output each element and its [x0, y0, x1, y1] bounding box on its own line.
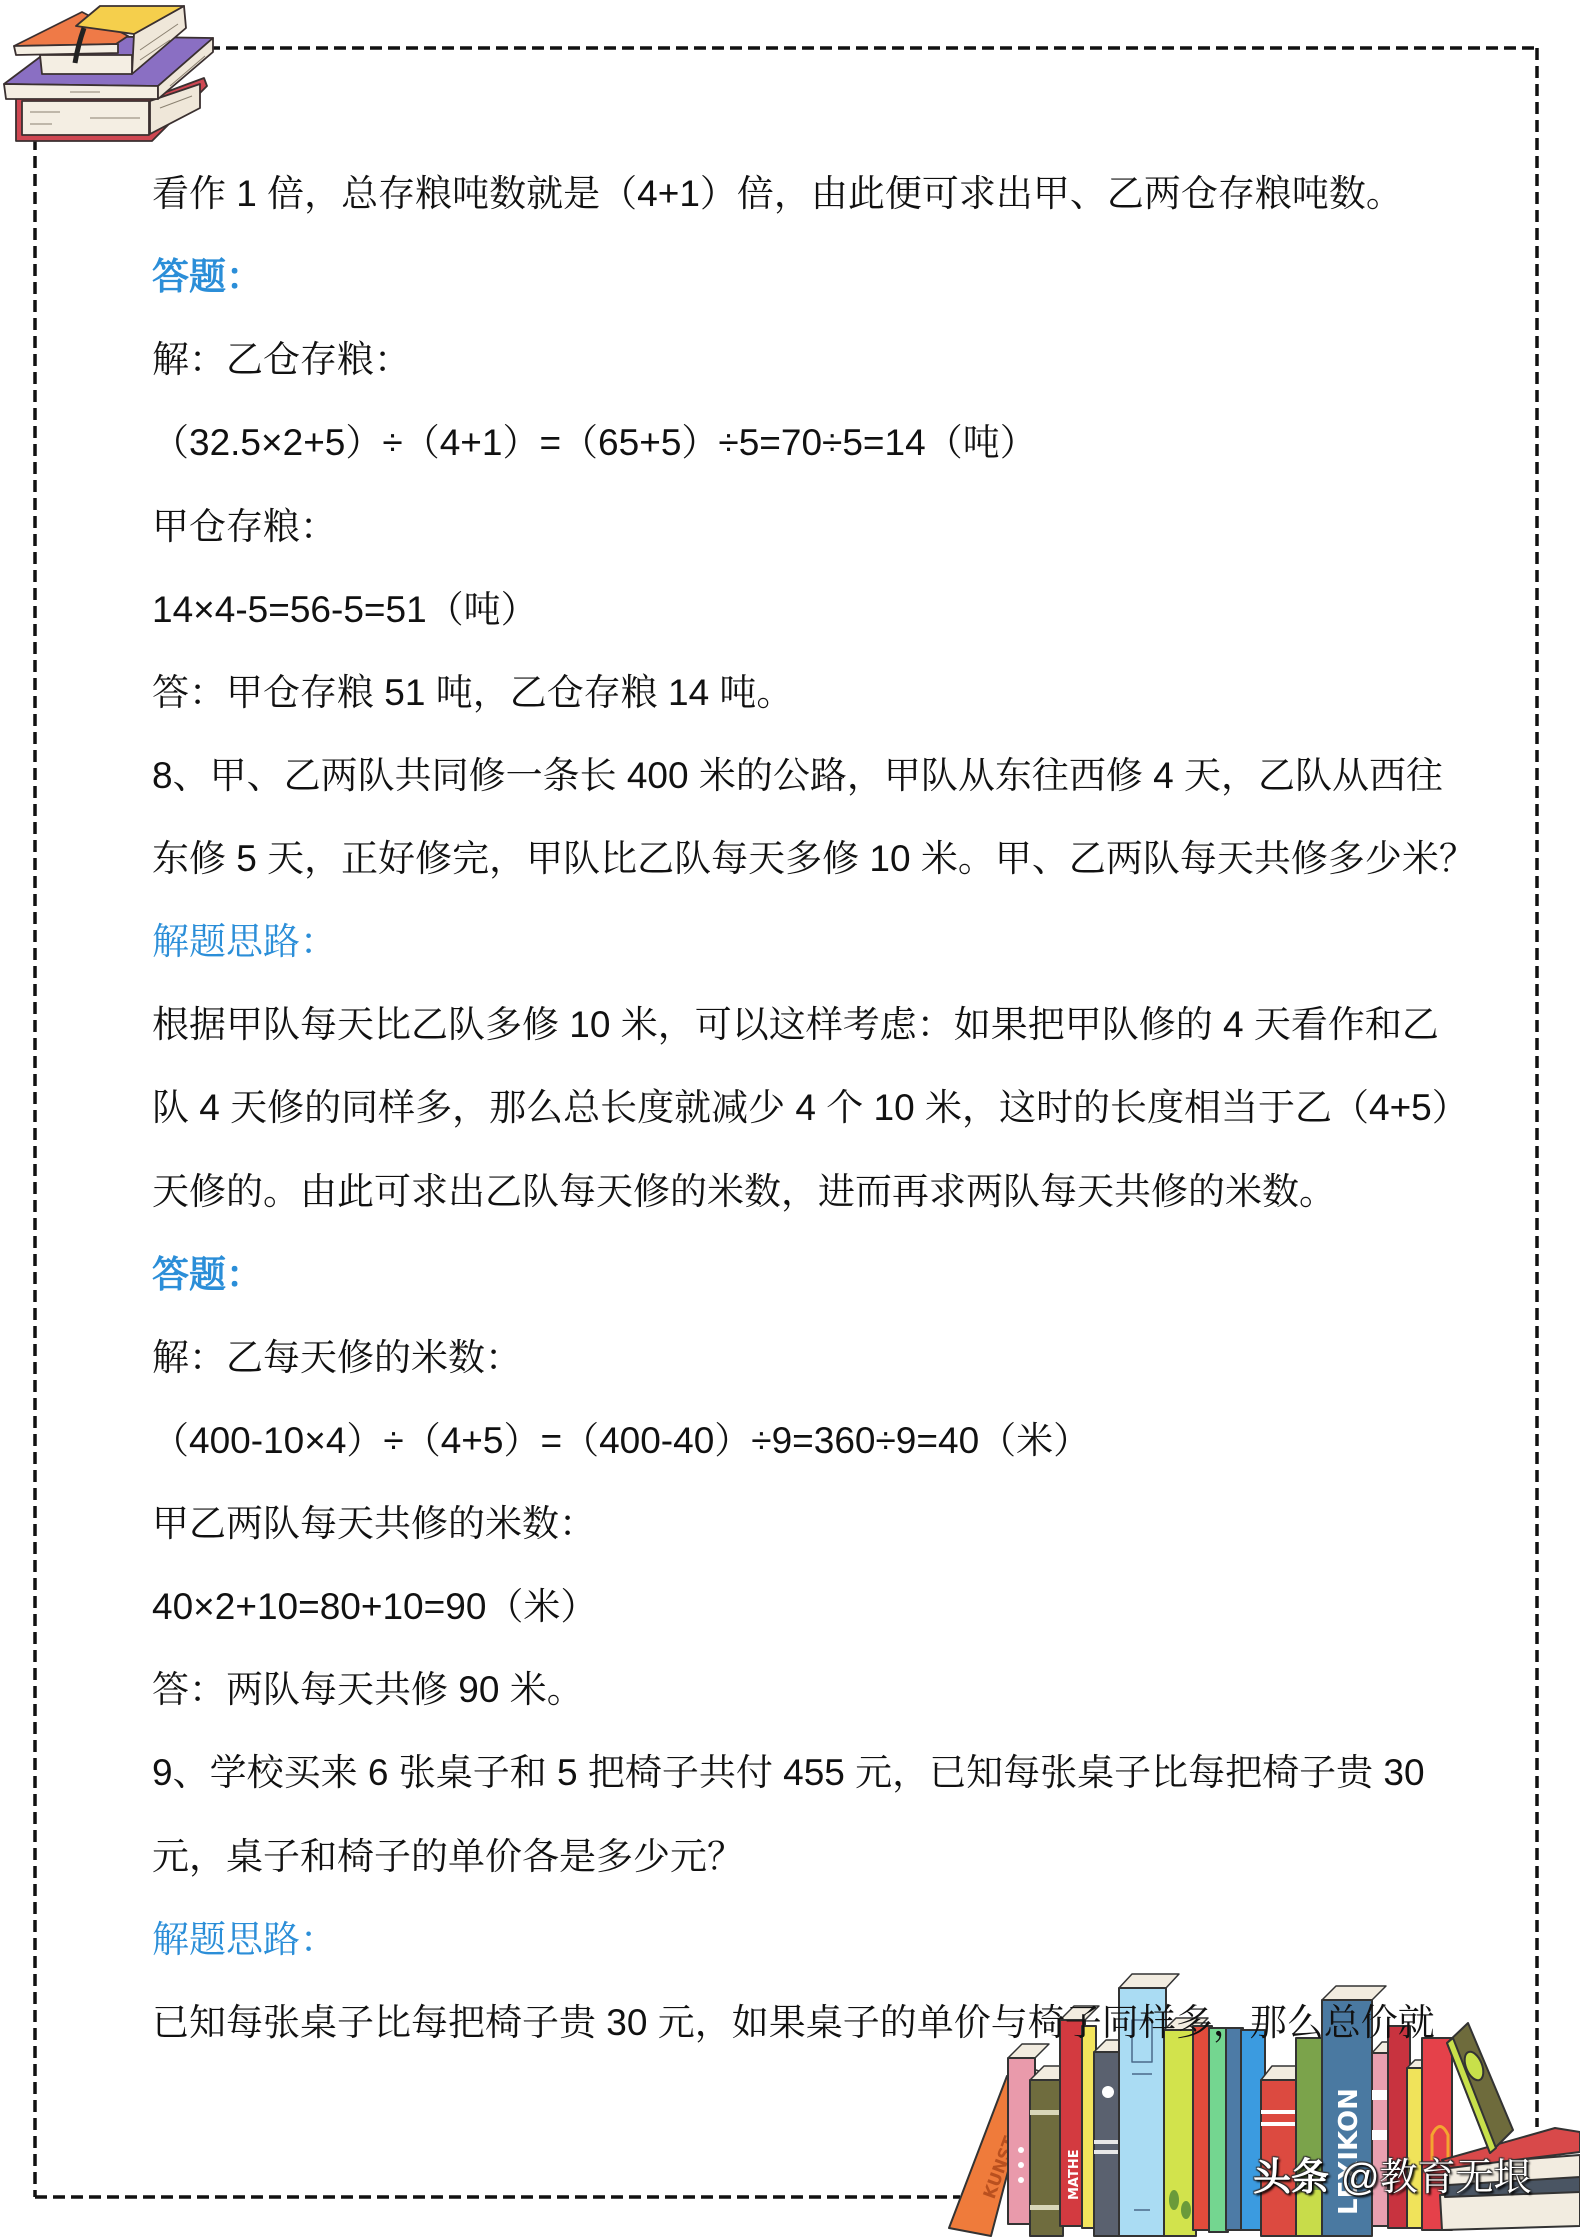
calculation-line: （32.5×2+5）÷（4+1）=（65+5）÷5=70÷5=14（吨） — [152, 401, 1476, 484]
approach-text: 根据甲队每天比乙队多修 10 米，可以这样考虑：如果把甲队修的 4 天看作和乙 — [152, 983, 1476, 1066]
watermark-handle: @教育无垠 — [1341, 2157, 1532, 2199]
calculation-line: 14×4-5=56-5=51（吨） — [152, 568, 1476, 651]
calculation-line: 40×2+10=80+10=90（米） — [152, 1565, 1476, 1648]
approach-text: 天修的。由此可求出乙队每天修的米数，进而再求两队每天共修的米数。 — [152, 1150, 1476, 1233]
problem-question: 元，桌子和椅子的单价各是多少元？ — [152, 1815, 1476, 1898]
book-spine-icon — [1296, 2038, 1325, 2236]
book-stack-icon — [0, 0, 230, 160]
svg-text:MATHE: MATHE — [1067, 2149, 1082, 2200]
solution-label: 解：乙每天修的米数： — [152, 1316, 1476, 1399]
answer-heading: 答题： — [152, 1233, 1476, 1316]
answer-text: 答：两队每天共修 90 米。 — [152, 1648, 1476, 1731]
approach-text: 已知每张桌子比每把椅子贵 30 元，如果桌子的单价与椅子同样多，那么总价就 — [152, 1981, 1476, 2064]
page-block-icon — [40, 55, 132, 74]
watermark-platform: 头条 — [1253, 2157, 1329, 2199]
solution-label: 甲仓存粮： — [152, 485, 1476, 568]
solution-label: 甲乙两队每天共修的米数： — [152, 1482, 1476, 1565]
approach-heading: 解题思路： — [152, 1898, 1476, 1981]
calculation-line: （400-10×4）÷（4+5）=（400-40）÷9=360÷9=40（米） — [152, 1399, 1476, 1482]
problem-question: 东修 5 天，正好修完，甲队比乙队每天多修 10 米。甲、乙两队每天共修多少米？ — [152, 817, 1476, 900]
watermark: 头条@教育无垠 — [1253, 2154, 1532, 2202]
problem-question: 9、学校买来 6 张桌子和 5 把椅子共付 455 元，已知每张桌子比每把椅子贵… — [152, 1731, 1476, 1814]
problem-question: 8、甲、乙两队共同修一条长 400 米的公路，甲队从东往西修 4 天，乙队从西往 — [152, 734, 1476, 817]
answer-text: 答：甲仓存粮 51 吨，乙仓存粮 14 吨。 — [152, 651, 1476, 734]
continuation-text: 看作 1 倍，总存粮吨数就是（4+1）倍，由此便可求出甲、乙两仓存粮吨数。 — [152, 152, 1476, 235]
document-content: 看作 1 倍，总存粮吨数就是（4+1）倍，由此便可求出甲、乙两仓存粮吨数。 答题… — [152, 152, 1476, 2064]
approach-text: 队 4 天修的同样多，那么总长度就减少 4 个 10 米，这时的长度相当于乙（4… — [152, 1066, 1476, 1149]
solution-label: 解：乙仓存粮： — [152, 318, 1476, 401]
answer-heading: 答题： — [152, 235, 1476, 318]
document-page: 看作 1 倍，总存粮吨数就是（4+1）倍，由此便可求出甲、乙两仓存粮吨数。 答题… — [0, 0, 1580, 2237]
approach-heading: 解题思路： — [152, 900, 1476, 983]
